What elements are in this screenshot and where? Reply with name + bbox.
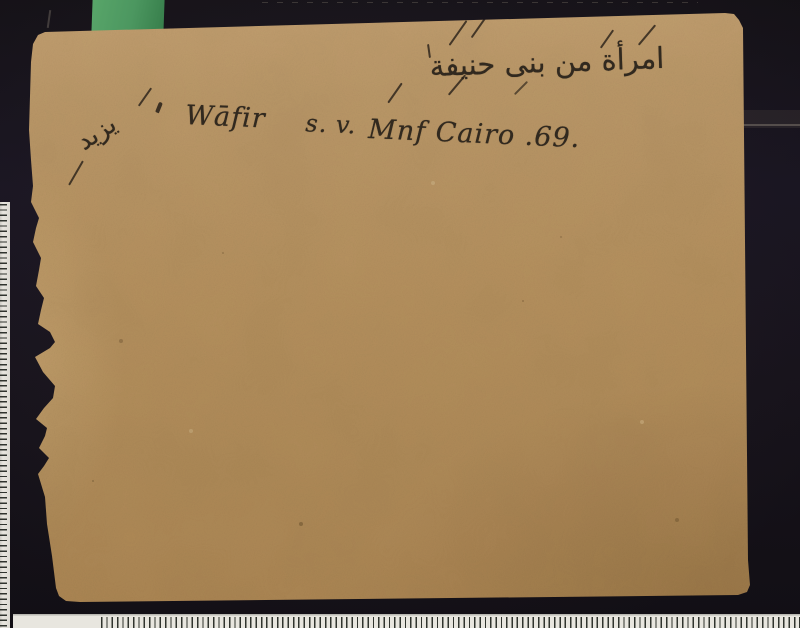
left-ruler-ticks xyxy=(0,204,7,628)
green-tab xyxy=(91,0,164,33)
envelope-paper: امرأة من بنى حنيفة Wāfir s. v. Mnf Cairo… xyxy=(0,0,800,628)
latin-annotation-word: Wāfir xyxy=(185,100,267,134)
paper-texture xyxy=(0,0,800,628)
latin-annotation-abbrev: s. v. xyxy=(305,109,357,139)
ink-stroke xyxy=(471,16,488,38)
ink-stroke xyxy=(138,87,152,106)
ink-comma-mark xyxy=(155,102,163,114)
left-scale-ruler xyxy=(0,202,10,628)
photo-frame: امرأة من بنى حنيفة Wāfir s. v. Mnf Cairo… xyxy=(0,0,800,628)
bottom-ruler-ticks xyxy=(101,617,800,628)
background-shelf-line xyxy=(737,124,800,126)
yazid-inscription: يزيد xyxy=(71,109,121,156)
background-dotted-edge xyxy=(262,2,698,3)
paper-fiber-specks xyxy=(0,0,2,2)
latin-annotation: Wāfir s. v. Mnf Cairo .69. xyxy=(184,100,581,154)
ink-stroke xyxy=(387,83,402,104)
latin-annotation-reference: Mnf Cairo .69. xyxy=(368,114,581,154)
background-scratch xyxy=(47,10,51,28)
ink-stroke xyxy=(68,160,84,185)
bottom-scale-ruler xyxy=(13,614,800,628)
